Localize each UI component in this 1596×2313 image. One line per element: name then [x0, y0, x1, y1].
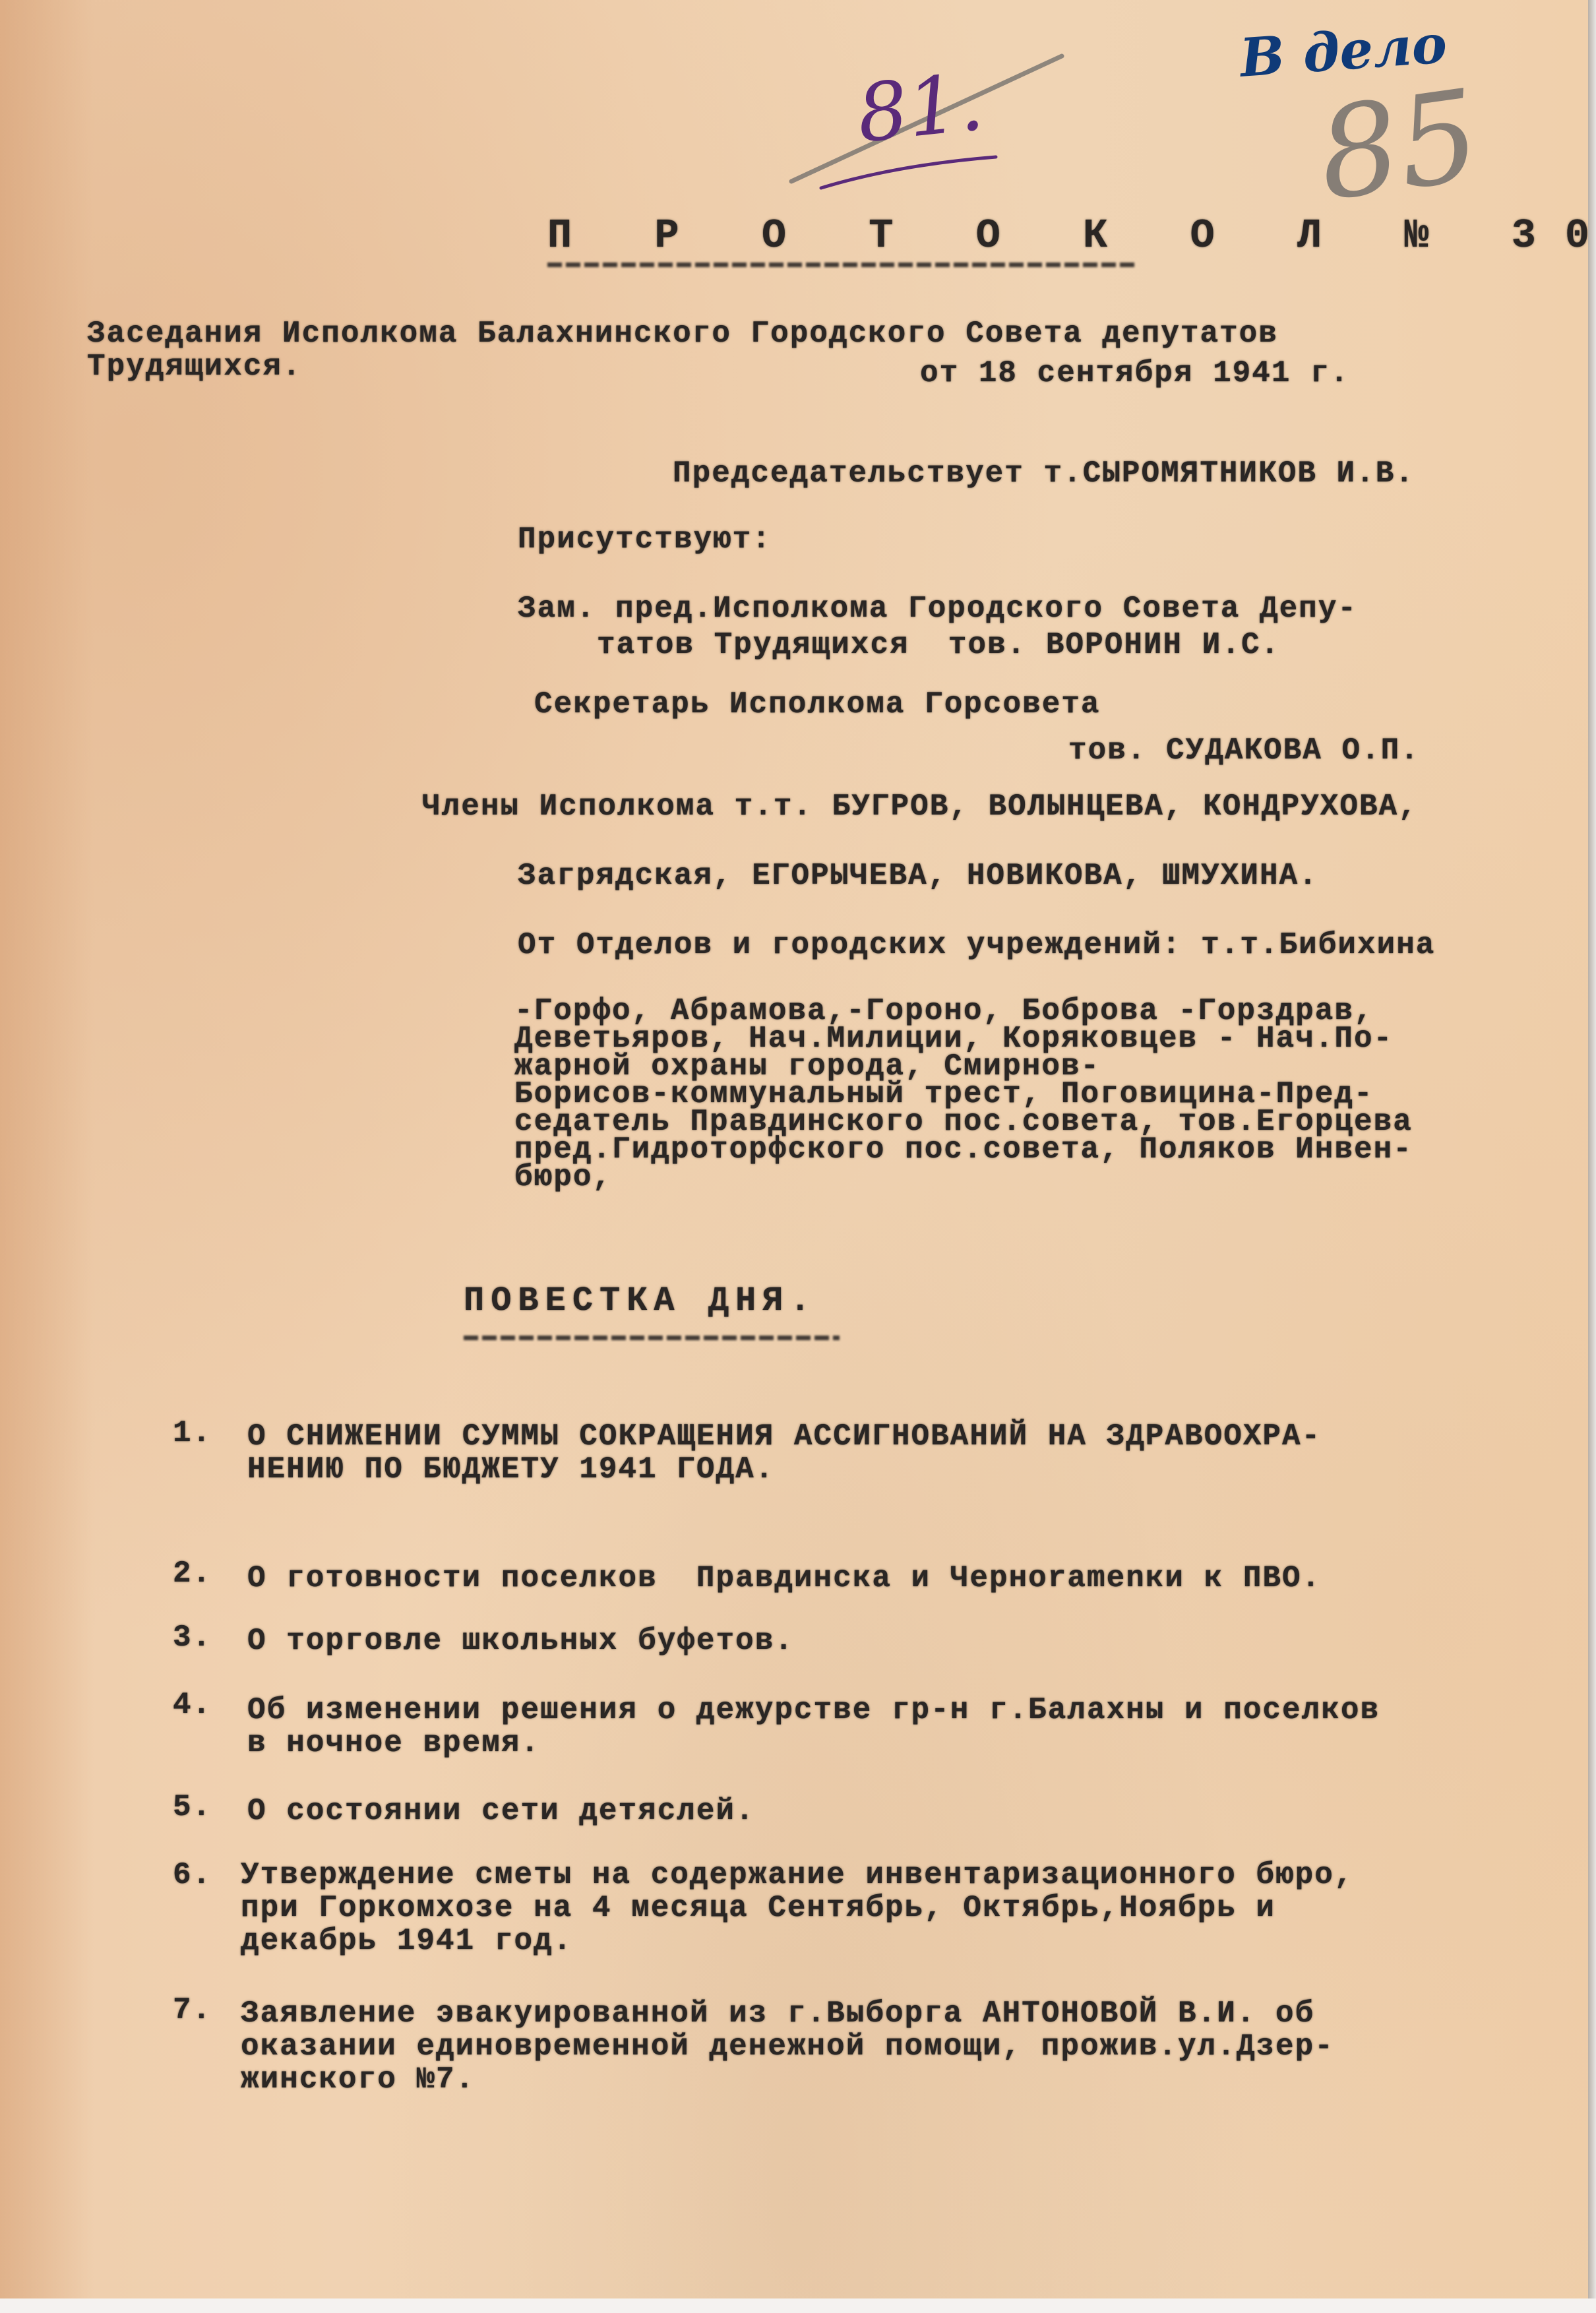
sheet-number-pencil: 85: [1310, 62, 1488, 228]
meeting-date: от 18 сентября 1941 г.: [920, 355, 1349, 392]
agenda-item-text: Заявление эвакуированной из г.Выборга АН…: [241, 1995, 1314, 2032]
meeting-subtitle-line2: Трудящихся.: [87, 348, 302, 385]
agenda-item-number: 5.: [173, 1789, 212, 1826]
agenda-item-text: Утверждение сметы на содержание инвентар…: [241, 1857, 1353, 1894]
agenda-item-number: 6.: [173, 1857, 212, 1894]
members-line2: Загрядская, ЕГОРЫЧЕВА, НОВИКОВА, ШМУХИНА…: [518, 857, 1318, 894]
agenda-item-number: 3.: [173, 1619, 212, 1656]
secretary-line2: тов. СУДАКОВА О.П.: [1068, 732, 1420, 769]
purple-underline: [818, 152, 1002, 191]
agenda-item-number: 2.: [173, 1555, 212, 1592]
paper-edge-stain: [0, 0, 92, 2302]
agenda-item-text: Об изменении решения о дежурстве гр-н г.…: [247, 1692, 1380, 1729]
agenda-item-text: О торговле школьных буфетов.: [247, 1622, 794, 1659]
agenda-heading: ПОВЕСТКА ДНЯ.: [464, 1283, 817, 1320]
agenda-item-text: оказании единовременной денежной помощи,…: [241, 2028, 1334, 2065]
agenda-item-text: О СНИЖЕНИИ СУММЫ СОКРАЩЕНИЯ АССИГНОВАНИЙ…: [247, 1418, 1321, 1455]
secretary-line1: Секретарь Исполкома Горсовета: [534, 686, 1101, 723]
agenda-item-text: при Горкомхозе на 4 месяца Сентябрь, Окт…: [241, 1890, 1275, 1927]
agenda-item-text: О состоянии сети детяслей.: [247, 1793, 755, 1830]
deputy-chair-line1: Зам. пред.Исполкома Городского Совета Де…: [518, 590, 1357, 627]
agenda-item-text: НЕНИЮ ПО БЮДЖЕТУ 1941 ГОДА.: [247, 1451, 774, 1488]
departments-line1: От Отделов и городских учреждений: т.т.Б…: [518, 927, 1435, 964]
agenda-item-text: жинского №7.: [241, 2061, 475, 2098]
meeting-subtitle-line1: Заседания Исполкома Балахнинского Городс…: [87, 315, 1278, 352]
agenda-item-text: декабрь 1941 год.: [241, 1923, 572, 1959]
departments-line: бюро,: [514, 1159, 1413, 1196]
title-underline: [547, 262, 1134, 267]
scan-bottom-edge: [0, 2298, 1596, 2313]
agenda-item-text: в ночное время.: [247, 1725, 540, 1762]
present-label: Присутствуют:: [518, 521, 772, 558]
sheet-number-purple: 81.: [853, 56, 987, 160]
page-title: П Р О Т О К О Л № 30.: [547, 218, 1596, 255]
agenda-item-number: 4.: [173, 1686, 212, 1723]
document-page: 81. В дело 85 П Р О Т О К О Л № 30. Засе…: [0, 0, 1593, 2302]
departments-list: -Горфо, Абрамова,-Гороно, Боброва -Горзд…: [514, 993, 1413, 1196]
agenda-item-number: 7.: [173, 1992, 212, 2029]
agenda-item-number: 1.: [173, 1415, 212, 1452]
agenda-item-text: О готовности поселков Правдинска и Черно…: [247, 1560, 1321, 1597]
deputy-chair-line2: татов Трудящихся тов. ВОРОНИН И.С.: [597, 627, 1280, 663]
chairperson: Председательствует т.СЫРОМЯТНИКОВ И.В.: [673, 455, 1415, 492]
agenda-heading-underline: [464, 1336, 840, 1340]
members-line1: Члены Исполкома т.т. БУГРОВ, ВОЛЫНЦЕВА, …: [422, 788, 1418, 825]
scan-right-edge: [1588, 0, 1596, 2313]
